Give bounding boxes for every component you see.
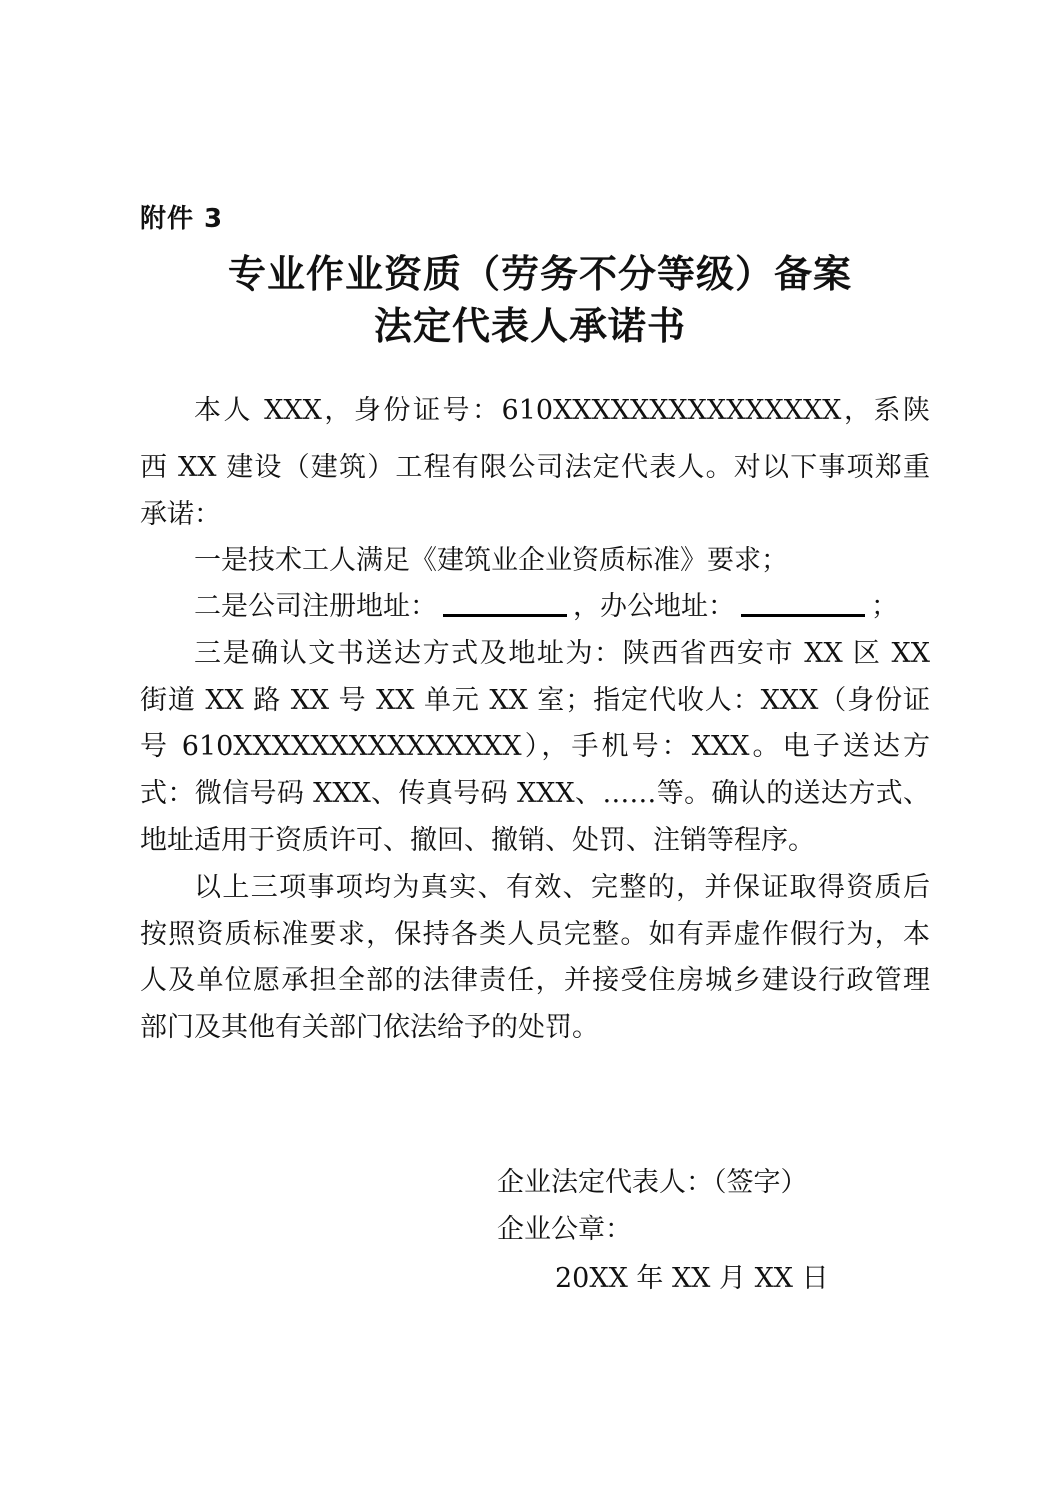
closing-line-3: 人及单位愿承担全部的法律责任，并接受住房城乡建设行政管理 xyxy=(140,958,930,1004)
item2-middle: ，办公地址： xyxy=(573,591,735,622)
closing-line-2: 按照资质标准要求，保持各类人员完整。如有弄虚作假行为，本 xyxy=(140,912,930,958)
document-page: 附件 3 专业作业资质（劳务不分等级）备案 法定代表人承诺书 本人 XXX，身份… xyxy=(0,0,1060,1500)
document-title-line-2: 法定代表人承诺书 xyxy=(0,295,1060,350)
intro-line-3: 承诺： xyxy=(140,492,930,538)
signing-date: 20XX 年 XX 月 XX 日 xyxy=(555,1256,829,1302)
closing-line-1: 以上三项事项均为真实、有效、完整的，并保证取得资质后 xyxy=(194,865,930,911)
registered-address-blank[interactable] xyxy=(443,590,567,617)
commitment-item-3-line-3: 号 610XXXXXXXXXXXXXXX），手机号：XXX。电子送达方 xyxy=(140,724,930,770)
intro-line-2: 西 XX 建设（建筑）工程有限公司法定代表人。对以下事项郑重 xyxy=(140,445,930,491)
office-address-blank[interactable] xyxy=(741,590,865,617)
item2-suffix: ； xyxy=(871,591,898,622)
legal-representative-signature: 企业法定代表人：（签字） xyxy=(497,1160,808,1206)
commitment-item-3-line-1: 三是确认文书送达方式及地址为：陕西省西安市 XX 区 XX xyxy=(194,631,930,677)
commitment-item-2: 二是公司注册地址：，办公地址：； xyxy=(194,584,930,630)
document-title-line-1: 专业作业资质（劳务不分等级）备案 xyxy=(10,243,1060,298)
commitment-item-1: 一是技术工人满足《建筑业企业资质标准》要求； xyxy=(194,538,930,584)
closing-line-4: 部门及其他有关部门依法给予的处罚。 xyxy=(140,1005,930,1051)
attachment-label: 附件 3 xyxy=(140,198,223,235)
commitment-item-3-line-2: 街道 XX 路 XX 号 XX 单元 XX 室；指定代收人：XXX（身份证 xyxy=(140,678,930,724)
item2-prefix: 二是公司注册地址： xyxy=(194,591,437,622)
commitment-item-3-line-4: 式：微信号码 XXX、传真号码 XXX、……等。确认的送达方式、 xyxy=(140,771,930,817)
intro-line-1: 本人 XXX，身份证号：610XXXXXXXXXXXXXXX，系陕 xyxy=(194,388,930,434)
company-seal: 企业公章： xyxy=(497,1207,632,1253)
commitment-item-3-line-5: 地址适用于资质许可、撤回、撤销、处罚、注销等程序。 xyxy=(140,818,930,864)
